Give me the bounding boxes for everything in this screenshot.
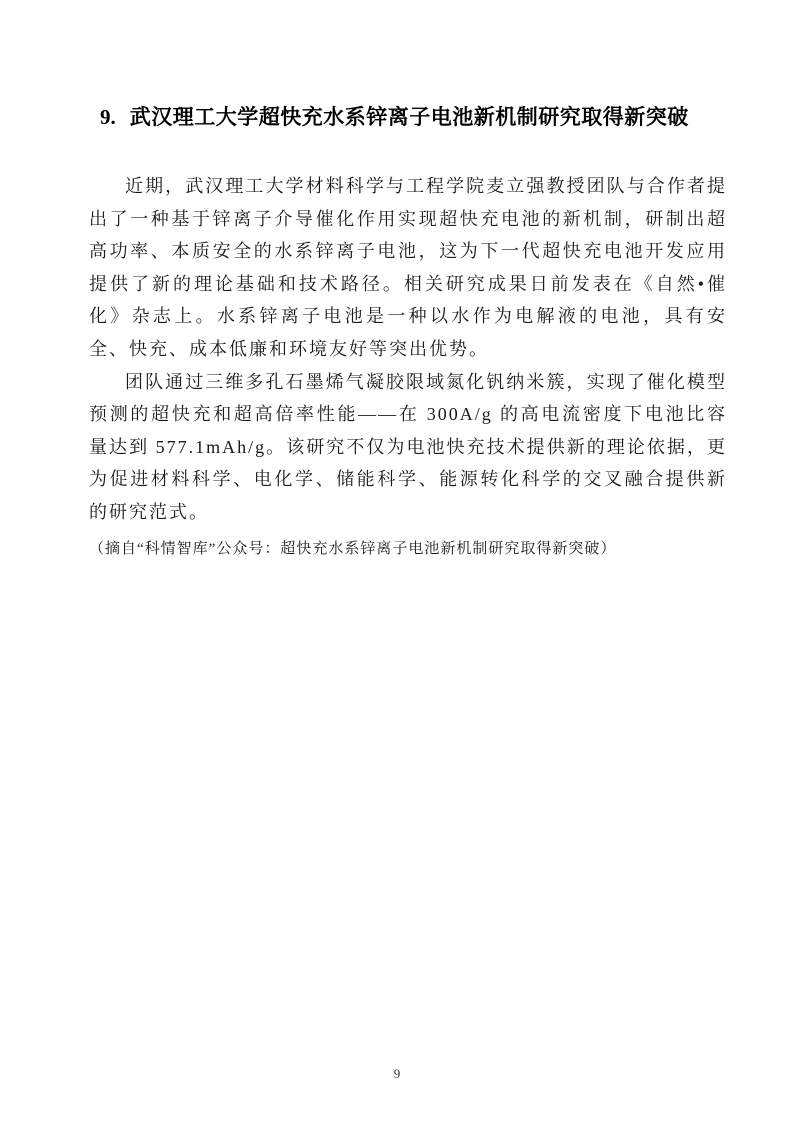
section-title: 武汉理工大学超快充水系锌离子电池新机制研究取得新突破 (130, 104, 689, 130)
section-number: 9. (100, 104, 116, 130)
source-note: （摘自“科情智库”公众号：超快充水系锌离子电池新机制研究取得新突破） (89, 536, 727, 562)
body-paragraph-2: 团队通过三维多孔石墨烯气凝胶限域氮化钒纳米簇，实现了催化模型预测的超快充和超高倍… (89, 366, 727, 529)
document-page: 9. 武汉理工大学超快充水系锌离子电池新机制研究取得新突破 近期，武汉理工大学材… (0, 0, 794, 1123)
page-number: 9 (0, 1066, 794, 1082)
section-heading: 9. 武汉理工大学超快充水系锌离子电池新机制研究取得新突破 (89, 104, 727, 130)
document-content: 9. 武汉理工大学超快充水系锌离子电池新机制研究取得新突破 近期，武汉理工大学材… (89, 104, 727, 562)
body-paragraph-1: 近期，武汉理工大学材料科学与工程学院麦立强教授团队与合作者提出了一种基于锌离子介… (89, 170, 727, 366)
